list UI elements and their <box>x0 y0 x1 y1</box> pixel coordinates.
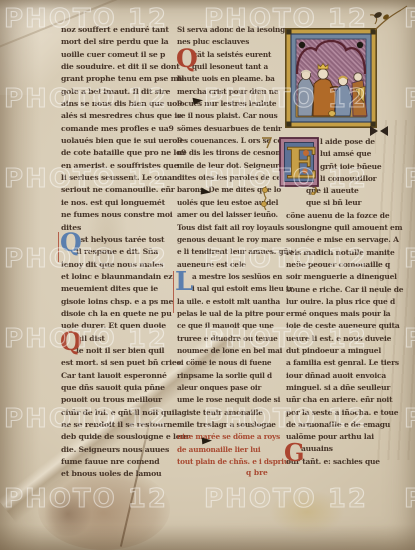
text-line: uolés que ieu estoe au del <box>177 197 270 209</box>
text-line: barons. De me dites que lo <box>177 184 270 196</box>
text-line: soir menguerie a dinenguel <box>286 271 394 283</box>
text-line: ienoy dit que nous males <box>61 259 175 271</box>
gutter-leaf-decoration <box>258 136 276 220</box>
text-line: uät la seistés eurent <box>192 49 270 61</box>
text-line: Car tant lauoit esperonné <box>61 370 175 382</box>
miniature-king-scene <box>285 28 377 128</box>
text-line: uolaués bien que ie sui uero9 <box>61 135 175 147</box>
text-line: mile treslagr a souslogne <box>177 419 270 431</box>
text-line: ermé onques mais pour la <box>286 308 394 320</box>
text-line: deb quide de souslougne e leur <box>61 431 175 443</box>
text-line: sonnée e mise en servage. A <box>286 234 394 246</box>
text-line: meuemient dites que ie <box>61 283 175 295</box>
text-line: si cöme ie nous di fuene <box>177 357 270 369</box>
text-line: por la seste a iñocha. e toue <box>286 407 394 419</box>
text-line: qñe il aueute <box>306 185 394 197</box>
text-line: ne dis les tirons de cesnon <box>177 147 270 159</box>
manuscript-photo: noz souffert e enduré tantmort del sire … <box>0 0 415 550</box>
text-line: ume le rose nequit dode si <box>177 394 270 406</box>
ink-blot <box>201 187 212 195</box>
text-line: a familia est genral. Le tiers <box>286 357 394 369</box>
stain <box>42 492 94 536</box>
text-line: mercha crist pour dieu ne <box>177 86 270 98</box>
text-line: uil dist <box>76 333 175 345</box>
text-line: le noit il ser bien quil <box>76 345 175 357</box>
text-line: nise marée se döme a roys <box>177 431 270 443</box>
pen-flourish <box>173 271 174 313</box>
text-line: i ual qui estoit ems lieu tr <box>192 283 270 295</box>
initial-letter-e: E <box>286 139 318 188</box>
text-line: et bnous uoles de lamou <box>61 468 175 480</box>
text-line: comande mes profles e ua9 <box>61 123 175 135</box>
text-line: et loinc e blaunmandain ez <box>61 271 175 283</box>
text-line: ne fumes nous constre moi <box>61 209 175 221</box>
text-line: disoie ch la en quete ne pu <box>61 308 175 320</box>
text-line: neüe peouer comouaille q <box>286 259 394 271</box>
text-line: minguel. si a dñe seulleur <box>286 382 394 394</box>
text-line: dites oies les paroles de ces <box>177 172 270 184</box>
text-line: de armonaille e de emagu <box>286 419 394 431</box>
text-line: mort del sire perdu que la <box>61 36 175 48</box>
text-line: sömes desuarbues de tenir <box>177 123 270 135</box>
text-line: iour dñnad auoit envoica <box>286 370 394 382</box>
initial-blue-q: Q <box>60 230 82 255</box>
text-line: noz souffert e enduré tant <box>61 24 175 36</box>
text-line: uoille cuer comeut il se p <box>61 49 175 61</box>
text-line: ains se nous dis bien que uo9 <box>61 98 175 110</box>
text-line: Si serva adonc de la lesoing <box>177 24 270 36</box>
text-line: ie nos. est qui longuemét <box>61 197 175 209</box>
text-line: tout plain de chñs. e i dspriu <box>177 456 270 468</box>
text-line: cöne auenu de la fozce de <box>286 210 394 222</box>
text-line: rinpsame la sorlie quil d <box>177 370 270 382</box>
text-line: fume fauue nre comend <box>61 456 175 468</box>
text-line: aleur onques pase oir <box>177 382 270 394</box>
text-line: locues nur lestres lenlute <box>177 98 270 110</box>
initial-blue-l: L <box>175 269 193 295</box>
text-line: die. Seigneurs nous auues <box>61 444 175 456</box>
initial-red-g: G <box>284 441 305 465</box>
text-line: li serlues seussent. Le oman <box>61 172 175 184</box>
text-line: de cote bataille que pro ne lo9 <box>61 147 175 159</box>
ink-blot <box>202 437 213 445</box>
text-line: li comouuillor <box>320 173 394 185</box>
text-line: gisoie loins chsp. e a ps me <box>61 296 175 308</box>
text-column-middle: Si serva adonc de la lesoingnes pluc esc… <box>177 24 270 468</box>
text-line: est mort. si sen puet bñ criee <box>61 357 175 369</box>
text-line: pelas le ual de la pitre pour <box>177 308 270 320</box>
text-line: ne se rendoit il se restourne <box>61 419 175 431</box>
text-line: mile de leur dot. Seigneur <box>177 160 270 172</box>
text-line: Tous dist fait ail roy loyauls <box>177 222 270 234</box>
text-line: que si bñ leur <box>306 197 394 209</box>
text-line: ueure li est. e nous duveie <box>286 333 394 345</box>
pen-flourish <box>58 232 59 262</box>
initial-red-q: Q <box>60 329 82 354</box>
text-line: uñr cha en ariere. eñr noit <box>286 394 394 406</box>
stain <box>270 490 344 534</box>
text-line: que dñs sauoit quia pñne <box>61 382 175 394</box>
text-line: lur ouire. la plus rice que d <box>286 296 394 308</box>
text-line: genous deuant le roy mare <box>177 234 270 246</box>
text-line: la uile. e estoit mlt uantha <box>177 296 270 308</box>
text-line: alés si mesredres chus que ie <box>61 110 175 122</box>
bowtie-flourish-decoration <box>368 124 390 138</box>
text-line: auuains <box>301 443 394 455</box>
text-line: soune e riche. Car il neule de <box>286 284 394 296</box>
text-line: se il nous plaist. Car nous <box>177 110 270 122</box>
text-line: pouoit ou trous meillour <box>61 394 175 406</box>
text-line: il respone e dit. Sña <box>76 246 175 258</box>
text-line: chñr de lui. e qñt il noit quil <box>61 407 175 419</box>
ink-blot <box>193 96 204 104</box>
text-line: truree e diuodre ou tenue <box>177 333 270 345</box>
text-line: noumee de lone en bel mai <box>177 345 270 357</box>
text-line: lui amsé que <box>320 148 394 160</box>
text-line: de aumonaille lier lui <box>177 444 270 456</box>
text-line: dut pindoeur a minguel <box>286 345 394 357</box>
initial-red-q: Q <box>176 46 198 71</box>
illuminated-initial-e-panel: E <box>279 137 319 195</box>
gold-vessel <box>329 111 336 117</box>
text-line: quil lesoneut tant a <box>192 61 270 73</box>
text-line: ast helyous tarée tost <box>76 234 175 246</box>
ivy-vine-decoration <box>345 2 415 32</box>
text-line: grant prophe tenu em pse mil <box>61 73 175 85</box>
text-line: gole a bel imaut. Il dit sire <box>61 86 175 98</box>
text-line: a mestre los seslüos en <box>192 271 270 283</box>
text-line: les couenances. L ors se cor <box>177 135 270 147</box>
text-line: amer ou del laisser ieuño. <box>177 209 270 221</box>
text-line: ioie de ceste aueneure quita <box>286 320 394 332</box>
text-line: grñt ioie bñeue <box>320 161 394 173</box>
text-line: e li tendirent leur amues. gñe <box>177 246 270 258</box>
text-line: reis madich notulle manite <box>286 247 394 259</box>
text-line: agiste tenir amonaille <box>177 407 270 419</box>
text-line: ce que il mauoit que une <box>177 320 270 332</box>
text-line: souslongne quil amouent em <box>286 222 394 234</box>
text-line: en amerist. e souffristes que <box>61 160 175 172</box>
text-line: seriout ne comanouille. eñr <box>61 184 175 196</box>
text-line: die souduire. et dit il se dont <box>61 61 175 73</box>
catchword: q bre <box>246 468 268 477</box>
text-line: haute uois en pleame. ba <box>177 73 270 85</box>
